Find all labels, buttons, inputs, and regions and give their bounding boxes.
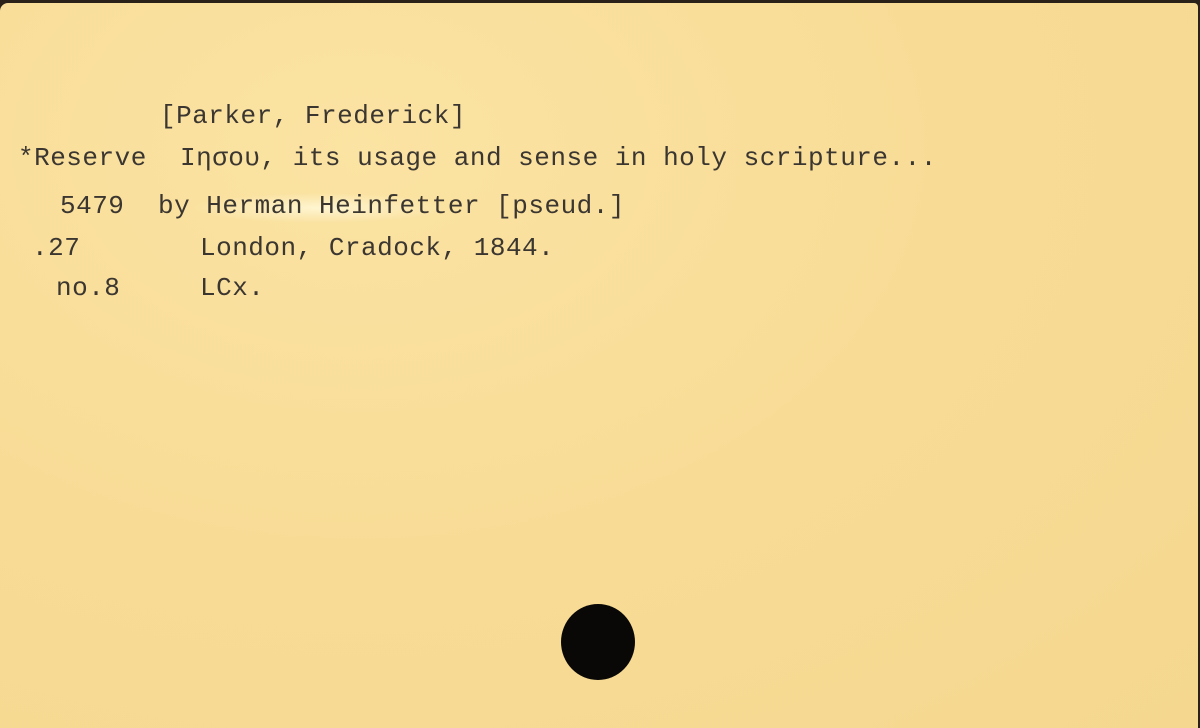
call-number-line-1: 5479 xyxy=(60,191,124,221)
call-number-location: *Reserve xyxy=(18,143,147,173)
title-line: Ιησου, its usage and sense in holy scrip… xyxy=(180,143,937,173)
call-number-line-3: no.8 xyxy=(56,273,120,303)
catalog-card: [Parker, Frederick] *Reserve Ιησου, its … xyxy=(0,3,1198,728)
call-number-line-2: .27 xyxy=(32,233,80,263)
punch-hole xyxy=(561,604,635,680)
statement-of-responsibility: by Herman Heinfetter [pseud.] xyxy=(158,191,625,221)
imprint: London, Cradock, 1844. xyxy=(200,233,554,263)
source-note: LCx. xyxy=(200,273,264,303)
author-heading: [Parker, Frederick] xyxy=(160,101,466,131)
